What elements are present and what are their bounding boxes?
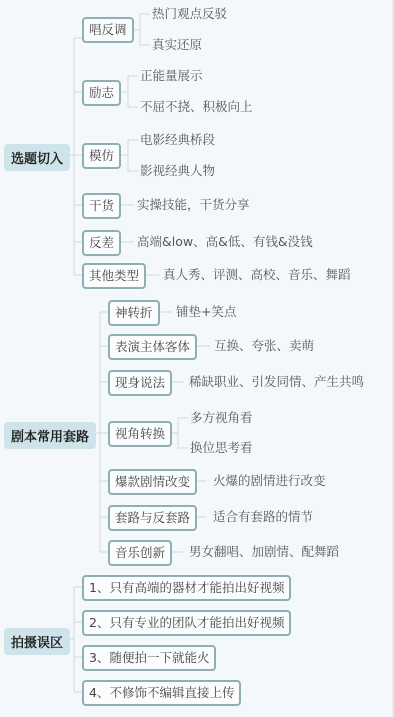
leaf-suitable-routine-plot: 适合有套路的情节: [213, 509, 313, 525]
node-viral-plot-adaptation[interactable]: 爆款剧情改变: [108, 469, 197, 495]
leaf-swap-exaggerate-cute: 互换、夸张、卖萌: [214, 338, 314, 354]
node-music-innovation[interactable]: 音乐创新: [108, 540, 172, 566]
leaf-hot-view-rebuttal: 热门观点反驳: [152, 6, 227, 22]
node-personal-testimony[interactable]: 现身说法: [108, 370, 172, 396]
root-topic-selection[interactable]: 选题切入: [4, 144, 70, 171]
leaf-cover-dance: 男女翻唱、加剧情、配舞蹈: [189, 544, 339, 560]
node-other-types[interactable]: 其他类型: [82, 263, 146, 289]
leaf-real-restore: 真实还原: [152, 37, 202, 53]
leaf-positive-energy: 正能量展示: [140, 68, 203, 84]
node-contrast[interactable]: 反差: [82, 230, 121, 256]
leaf-empathy-perspective: 换位思考看: [190, 440, 253, 456]
node-imitation[interactable]: 模仿: [82, 143, 121, 169]
leaf-rare-jobs: 稀缺职业、引发同情、产生共鸣: [189, 374, 364, 390]
node-inspirational[interactable]: 励志: [82, 80, 121, 106]
leaf-practical-skills: 实操技能，干货分享: [137, 197, 250, 213]
node-misconception-4[interactable]: 4、不修饰不编辑直接上传: [82, 680, 241, 706]
root-script-routines[interactable]: 剧本常用套路: [4, 422, 96, 449]
leaf-other-types-list: 真人秀、评测、高校、音乐、舞蹈: [163, 267, 351, 283]
node-practical-tips[interactable]: 干货: [82, 193, 121, 219]
leaf-persevere: 不屈不挠、积极向上: [140, 99, 253, 115]
leaf-classic-characters: 影视经典人物: [140, 163, 215, 179]
leaf-contrast-examples: 高端&low、高&低、有钱&没钱: [137, 234, 313, 250]
node-misconception-2[interactable]: 2、只有专业的团队才能拍出好视频: [82, 610, 291, 636]
node-contrarian[interactable]: 唱反调: [82, 17, 134, 43]
node-misconception-1[interactable]: 1、只有高端的器材才能拍出好视频: [82, 575, 291, 601]
leaf-adapt-hot-plot: 火爆的剧情进行改变: [213, 473, 326, 489]
node-perspective-switch[interactable]: 视角转换: [108, 421, 172, 447]
node-routine-anti-routine[interactable]: 套路与反套路: [108, 505, 197, 531]
node-performer-subject-object[interactable]: 表演主体客体: [108, 334, 197, 360]
node-misconception-3[interactable]: 3、随便拍一下就能火: [82, 645, 216, 671]
leaf-setup-punchline: 铺垫+笑点: [176, 304, 236, 320]
node-plot-twist[interactable]: 神转折: [108, 300, 160, 326]
leaf-multi-perspective: 多方视角看: [190, 410, 253, 426]
root-shooting-misconceptions[interactable]: 拍摄误区: [4, 628, 70, 655]
leaf-classic-movie-scenes: 电影经典桥段: [140, 132, 215, 148]
